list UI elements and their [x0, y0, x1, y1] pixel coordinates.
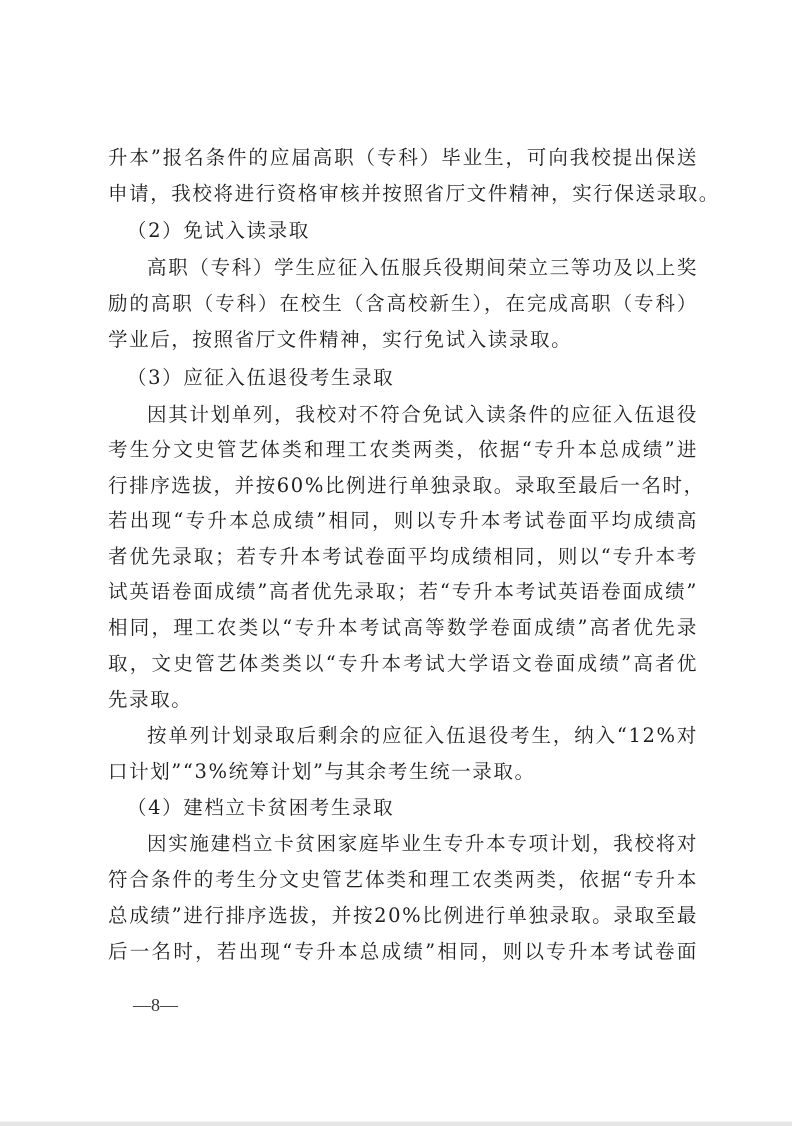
paragraph-line: 后一名时，若出现“专升本总成绩”相同，则以专升本考试卷面 [108, 935, 698, 969]
paragraph-line: 取，文史管艺体类类以“专升本考试大学语文卷面成绩”高者优 [108, 647, 698, 681]
paragraph-line: 考生分文史管艺体类和理工农类两类，依据“专升本总成绩”进 [108, 433, 698, 467]
paragraph-line: 升本”报名条件的应届高职（专科）毕业生，可向我校提出保送 [108, 141, 698, 175]
paragraph-line: 口计划”“3%统筹计划”与其余考生统一录取。 [108, 755, 698, 789]
paragraph-line: 若出现“专升本总成绩”相同，则以专升本考试卷面平均成绩高 [108, 504, 698, 538]
paragraph-line: 先录取。 [108, 683, 698, 717]
paragraph-line: 符合条件的考生分文史管艺体类和理工农类两类，依据“专升本 [108, 863, 698, 897]
paragraph-line: 励的高职（专科）在校生（含高校新生），在完成高职（专科） [108, 287, 698, 321]
paragraph-line: 按单列计划录取后剩余的应征入伍退役考生，纳入“12%对 [147, 719, 698, 753]
paragraph-line: 因实施建档立卡贫困家庭毕业生专升本专项计划，我校将对 [147, 827, 698, 861]
paragraph-line: 因其计划单列，我校对不符合免试入读条件的应征入伍退役 [147, 398, 698, 432]
section-heading-3: （3）应征入伍退役考生录取 [127, 361, 717, 395]
paragraph-line: 者优先录取；若专升本考试卷面平均成绩相同，则以“专升本考 [108, 540, 698, 574]
paragraph-line: 学业后，按照省厅文件精神，实行免试入读录取。 [108, 323, 698, 357]
document-page: 升本”报名条件的应届高职（专科）毕业生，可向我校提出保送 申请，我校将进行资格审… [0, 0, 792, 1120]
paragraph-line: 申请，我校将进行资格审核并按照省厅文件精神，实行保送录取。 [108, 177, 698, 211]
paragraph-line: 相同，理工农类以“专升本考试高等数学卷面成绩”高者优先录 [108, 611, 698, 645]
viewer-bottom-edge [0, 1121, 792, 1126]
section-heading-4: （4）建档立卡贫困考生录取 [127, 791, 717, 825]
paragraph-line: 行排序选拔，并按60%比例进行单独录取。录取至最后一名时， [108, 469, 698, 503]
paragraph-line: 试英语卷面成绩”高者优先录取；若“专升本考试英语卷面成绩” [108, 575, 698, 609]
paragraph-line: 高职（专科）学生应征入伍服兵役期间荣立三等功及以上奖 [147, 251, 698, 285]
page-number: —8— [133, 990, 178, 1020]
section-heading-2: （2）免试入读录取 [127, 214, 717, 248]
paragraph-line: 总成绩”进行排序选拔，并按20%比例进行单独录取。录取至最 [108, 899, 698, 933]
